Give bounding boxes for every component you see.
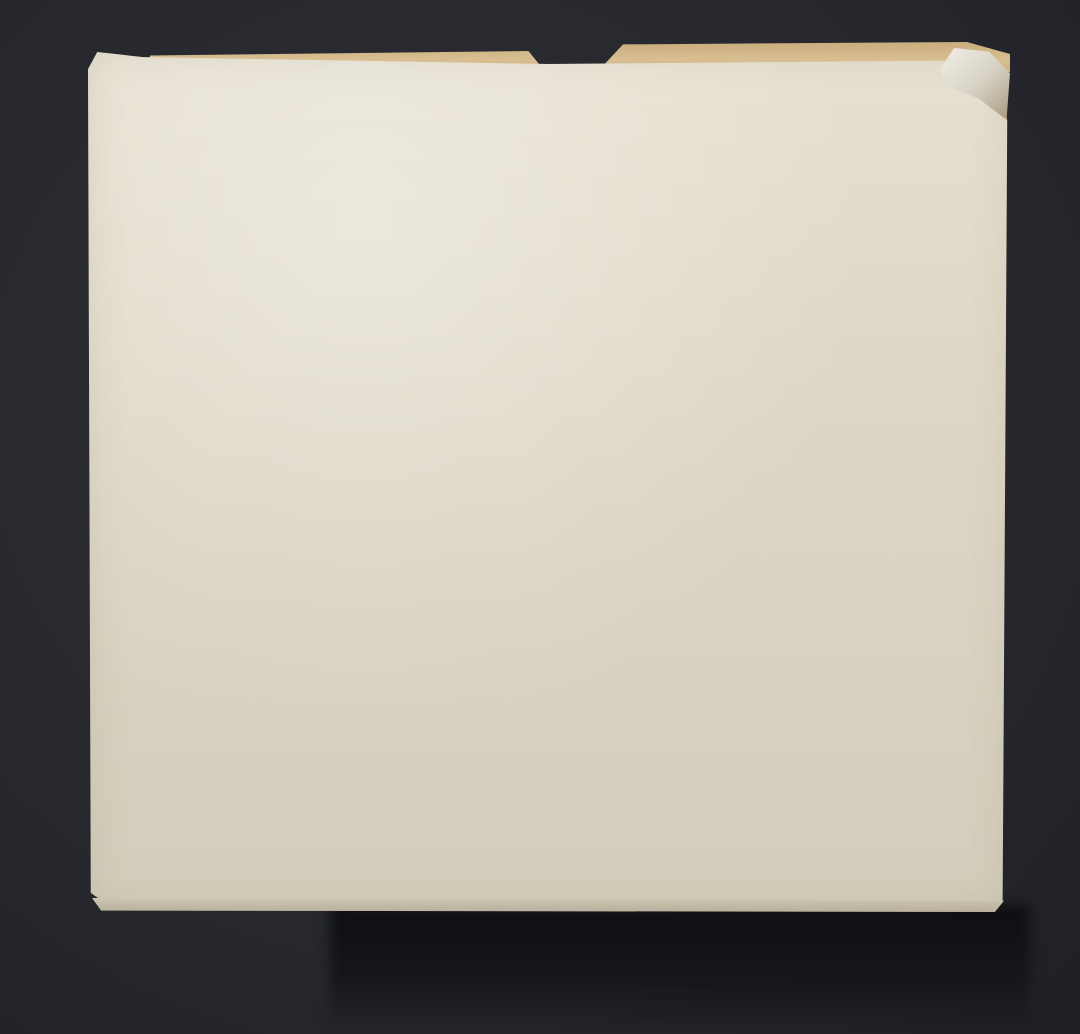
- box-face: [88, 52, 1010, 910]
- box-shadow: [330, 905, 1030, 1034]
- photo-scene: [0, 0, 1080, 1034]
